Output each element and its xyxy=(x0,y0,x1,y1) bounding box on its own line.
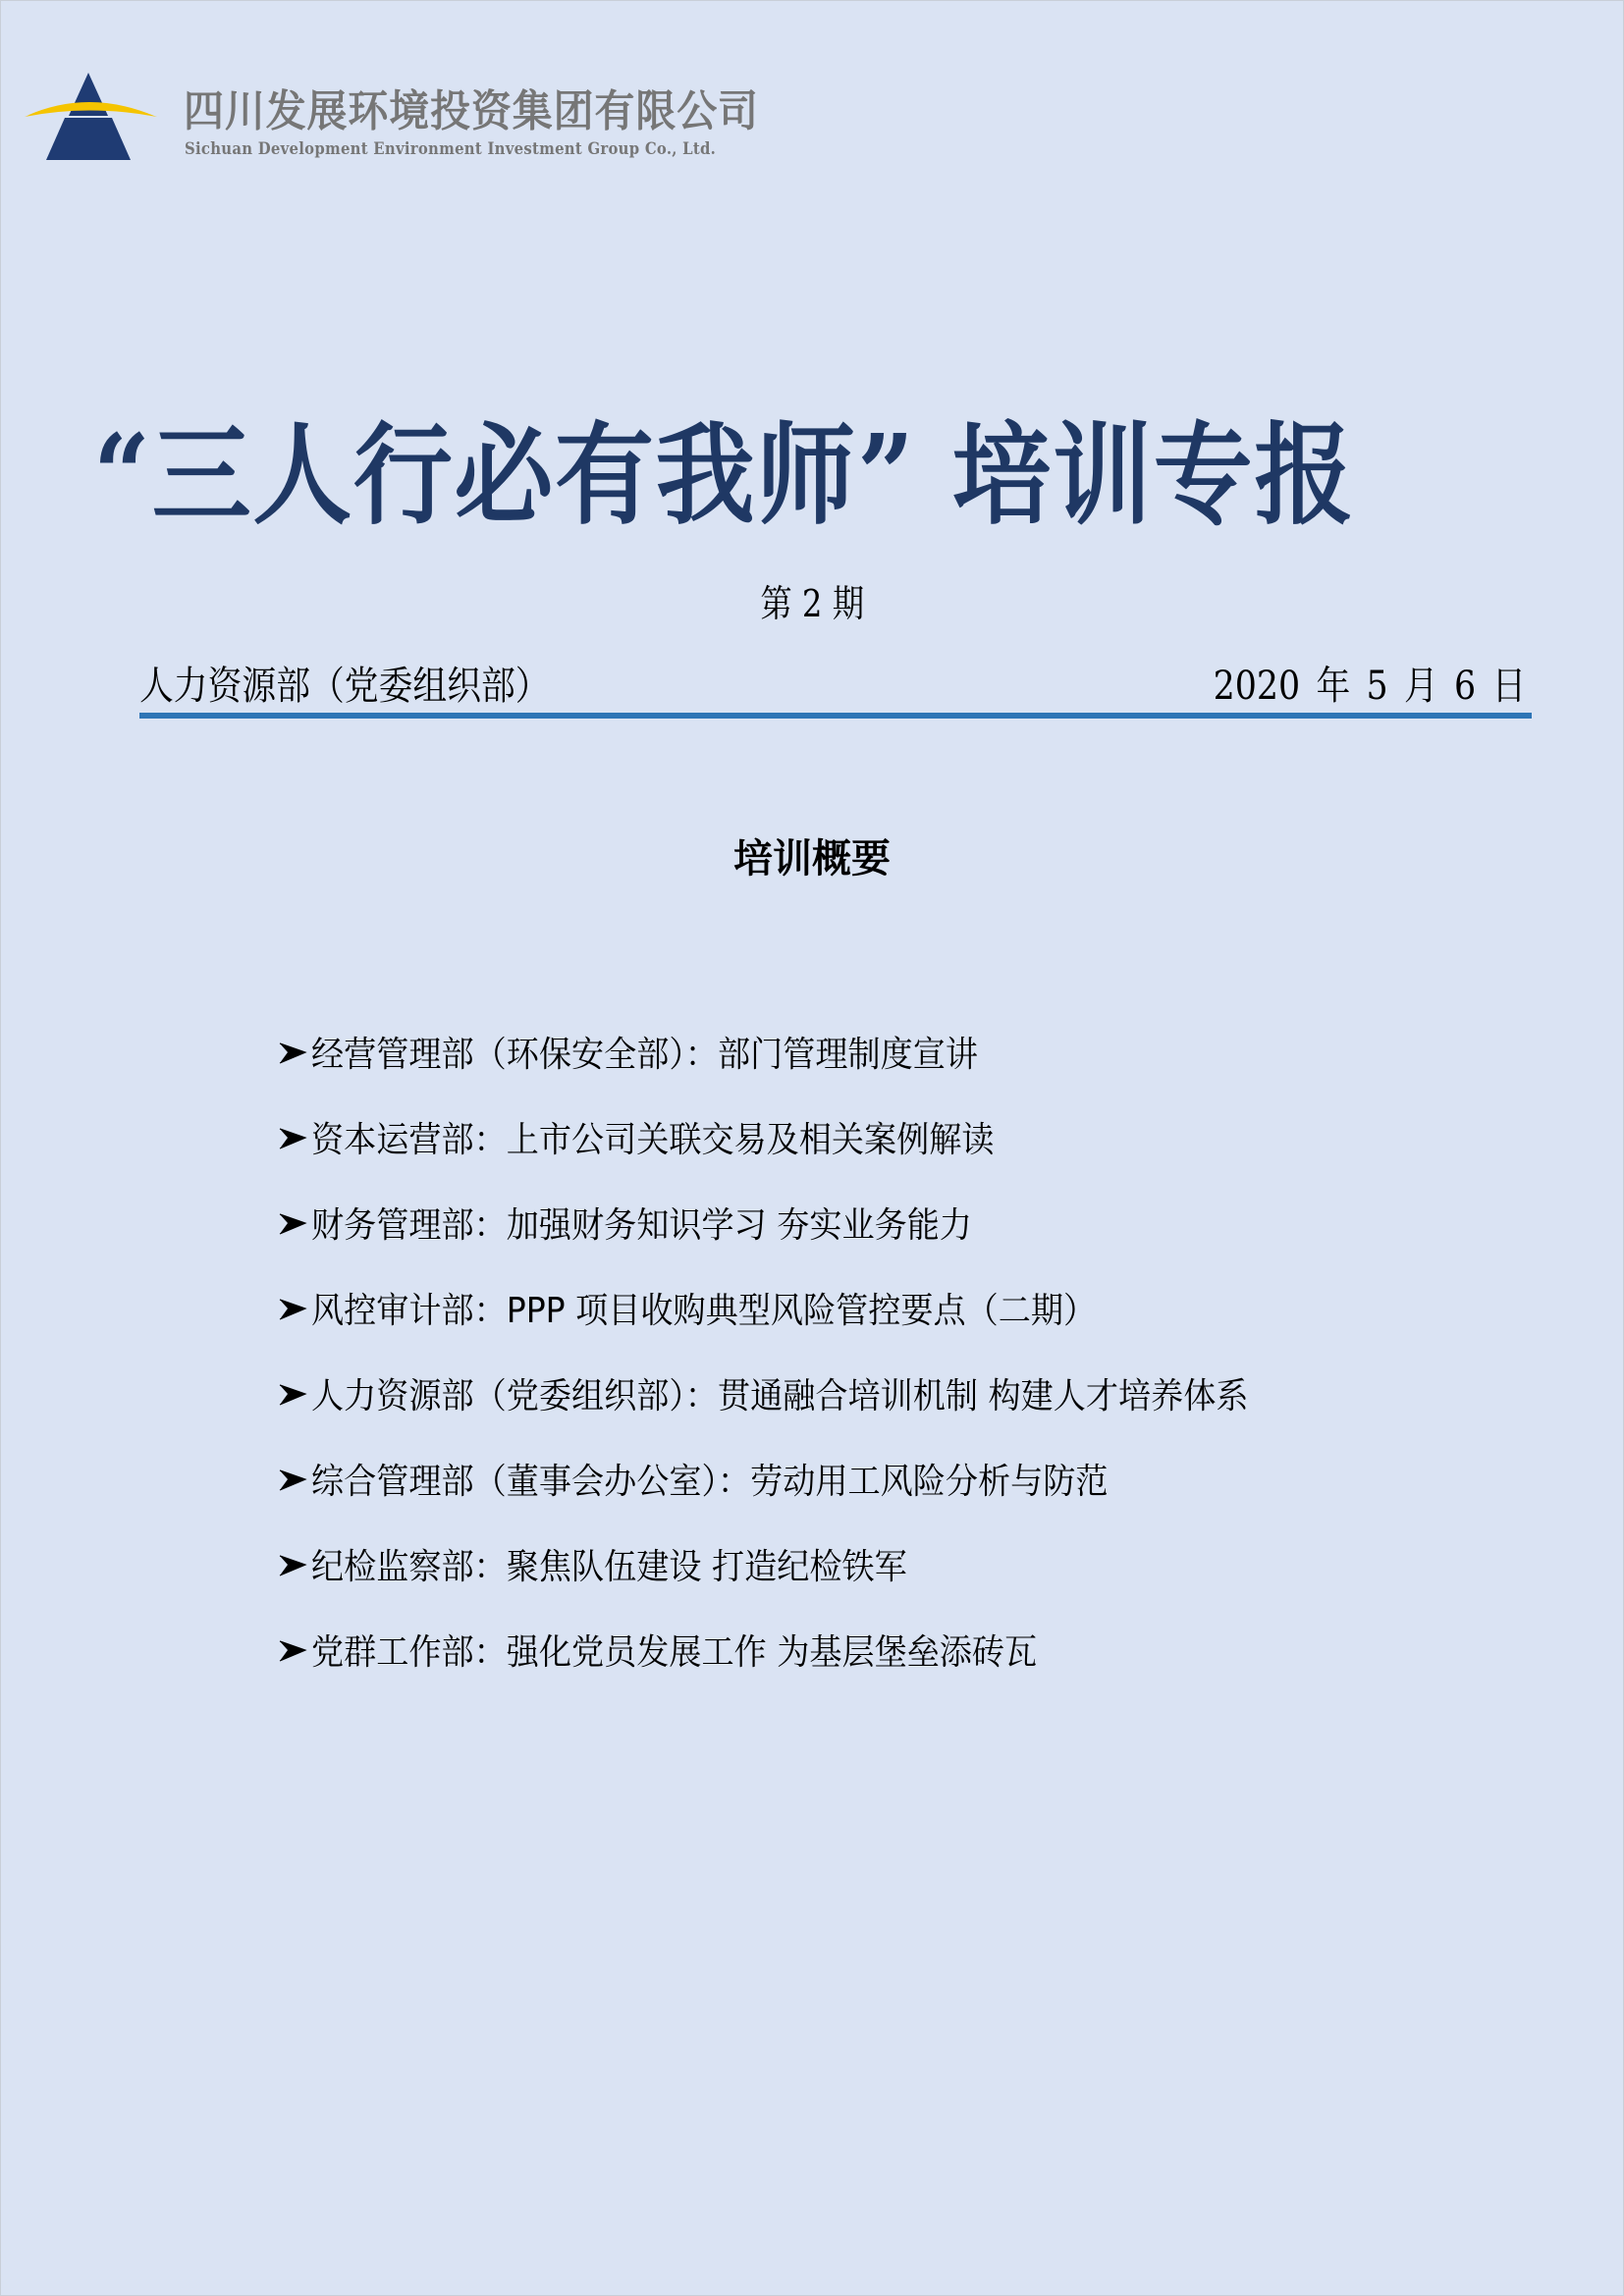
arrow-bullet-icon xyxy=(278,1208,307,1238)
list-item: 党群工作部：强化党员发展工作 为基层堡垒添砖瓦 xyxy=(278,1607,1329,1692)
summary-list: 经营管理部（环保安全部）：部门管理制度宣讲 资本运营部：上市公司关联交易及相关案… xyxy=(278,1009,1329,1692)
list-item: 综合管理部（董事会办公室）：劳动用工风险分析与防范 xyxy=(278,1436,1329,1522)
arrow-bullet-icon xyxy=(278,1550,307,1579)
company-name-en: Sichuan Development Environment Investme… xyxy=(185,141,716,158)
list-item: 资本运营部：上市公司关联交易及相关案例解读 xyxy=(278,1095,1329,1180)
arrow-bullet-icon xyxy=(278,1465,307,1494)
list-item: 经营管理部（环保安全部）：部门管理制度宣讲 xyxy=(278,1009,1329,1095)
list-item-text: 人力资源部（党委组织部）：贯通融合培训机制 构建人才培养体系 xyxy=(311,1368,1248,1418)
issue-number-text: 第 2 期 xyxy=(760,585,864,622)
arrow-bullet-icon xyxy=(278,1294,307,1323)
page-title: “三人行必有我师” 培训专报 xyxy=(93,410,1355,542)
list-item-text: 风控审计部：PPP 项目收购典型风险管控要点（二期） xyxy=(311,1283,1096,1333)
list-item: 纪检监察部：聚焦队伍建设 打造纪检铁军 xyxy=(278,1522,1329,1607)
list-item-text: 财务管理部：加强财务知识学习 夯实业务能力 xyxy=(311,1198,972,1248)
list-item: 财务管理部：加强财务知识学习 夯实业务能力 xyxy=(278,1180,1329,1265)
publish-date: 2020 年 5 月 6 日 xyxy=(1213,663,1526,710)
company-logo-icon xyxy=(22,69,169,162)
arrow-bullet-icon xyxy=(278,1379,307,1409)
list-item: 人力资源部（党委组织部）：贯通融合培训机制 构建人才培养体系 xyxy=(278,1351,1329,1436)
department-label: 人力资源部（党委组织部） xyxy=(139,663,550,710)
issue-number: 第 2 期 xyxy=(0,585,1624,622)
list-item: 风控审计部：PPP 项目收购典型风险管控要点（二期） xyxy=(278,1265,1329,1351)
list-item-text: 综合管理部（董事会办公室）：劳动用工风险分析与防范 xyxy=(311,1454,1108,1504)
arrow-bullet-icon xyxy=(278,1123,307,1152)
list-item-text: 党群工作部：强化党员发展工作 为基层堡垒添砖瓦 xyxy=(311,1625,1037,1675)
company-name-cn: 四川发展环境投资集团有限公司 xyxy=(184,90,759,133)
list-item-text: 经营管理部（环保安全部）：部门管理制度宣讲 xyxy=(311,1027,978,1077)
arrow-bullet-icon xyxy=(278,1038,307,1067)
list-item-text: 纪检监察部：聚焦队伍建设 打造纪检铁军 xyxy=(311,1539,907,1589)
section-heading: 培训概要 xyxy=(0,839,1624,879)
arrow-bullet-icon xyxy=(278,1635,307,1665)
header-divider xyxy=(139,713,1532,719)
list-item-text: 资本运营部：上市公司关联交易及相关案例解读 xyxy=(311,1112,995,1162)
